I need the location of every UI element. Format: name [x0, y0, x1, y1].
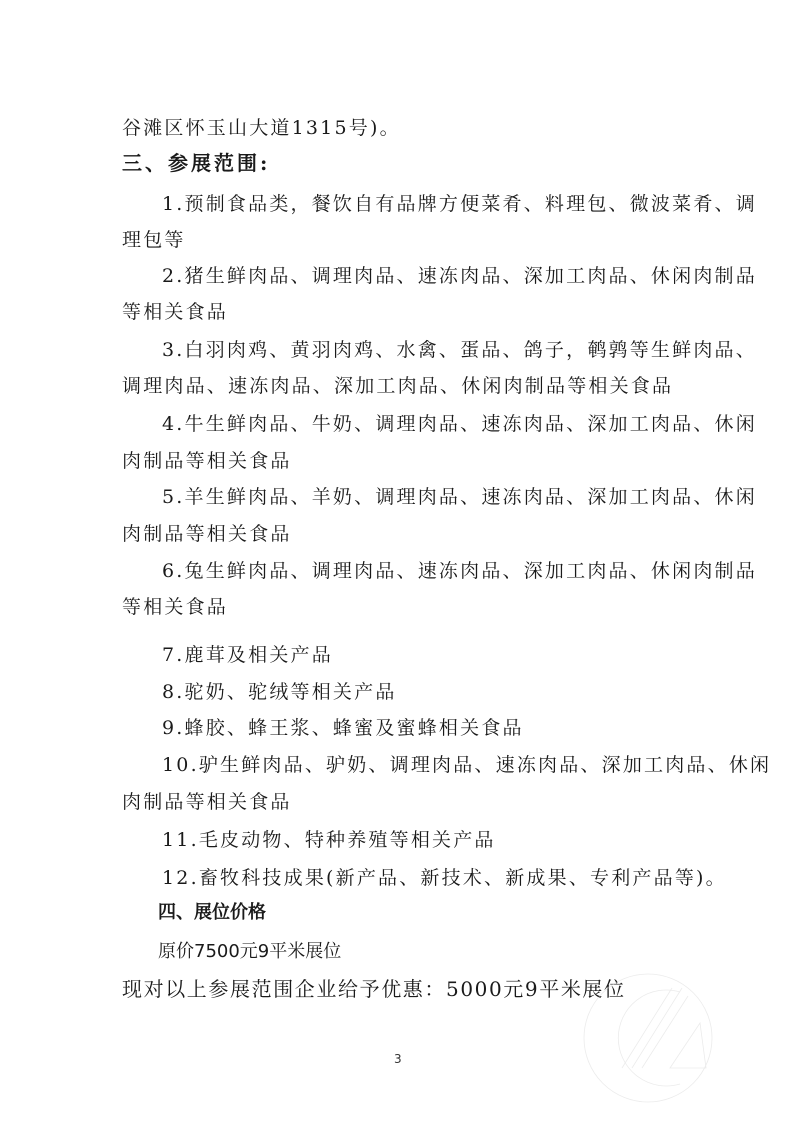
item-3-line1: 3.白羽肉鸡、黄羽肉鸡、水禽、蛋品、鸽子，鹌鹑等生鲜肉品、 [162, 338, 757, 362]
item-4-line1: 4.牛生鲜肉品、牛奶、调理肉品、速冻肉品、深加工肉品、休闲 [162, 412, 757, 436]
discount-price-text: 现对以上参展范围企业给予优惠：5000元9平米展位 [122, 977, 626, 1001]
section3-heading: 三、参展范围: [122, 151, 270, 175]
item-5-line2: 肉制品等相关食品 [122, 522, 292, 546]
section4-heading: 四、展位价格 [158, 901, 266, 925]
company-logo-watermark-icon [580, 968, 720, 1108]
page-number: 3 [394, 1052, 402, 1066]
item-6-line1: 6.兔生鲜肉品、调理肉品、速冻肉品、深加工肉品、休闲肉制品 [162, 559, 757, 583]
item-4-line2: 肉制品等相关食品 [122, 449, 292, 473]
item-8: 8.驼奶、驼绒等相关产品 [162, 680, 397, 704]
item-3-line2: 调理肉品、速冻肉品、深加工肉品、休闲肉制品等相关食品 [122, 374, 673, 398]
item-12: 12.畜牧科技成果(新产品、新技术、新成果、专利产品等)。 [162, 866, 727, 890]
item-1-line1: 1.预制食品类，餐饮自有品牌方便菜肴、料理包、微波菜肴、调 [162, 192, 757, 216]
item-2-line1: 2.猪生鲜肉品、调理肉品、速冻肉品、深加工肉品、休闲肉制品 [162, 264, 757, 288]
item-5-line1: 5.羊生鲜肉品、羊奶、调理肉品、速冻肉品、深加工肉品、休闲 [162, 485, 757, 509]
original-price-text: 原价7500元9平米展位 [158, 940, 341, 964]
item-9: 9.蜂胶、蜂王浆、蜂蜜及蜜蜂相关食品 [162, 716, 524, 740]
item-11: 11.毛皮动物、特种养殖等相关产品 [162, 828, 496, 852]
item-2-line2: 等相关食品 [122, 300, 228, 324]
item-7: 7.鹿茸及相关产品 [162, 643, 333, 667]
item-10-line2: 肉制品等相关食品 [122, 790, 292, 814]
item-6-line2: 等相关食品 [122, 595, 228, 619]
address-tail-text: 谷滩区怀玉山大道1315号)。 [122, 116, 401, 140]
item-1-line2: 理包等 [122, 228, 186, 252]
item-10-line1: 10.驴生鲜肉品、驴奶、调理肉品、速冻肉品、深加工肉品、休闲 [162, 753, 771, 777]
